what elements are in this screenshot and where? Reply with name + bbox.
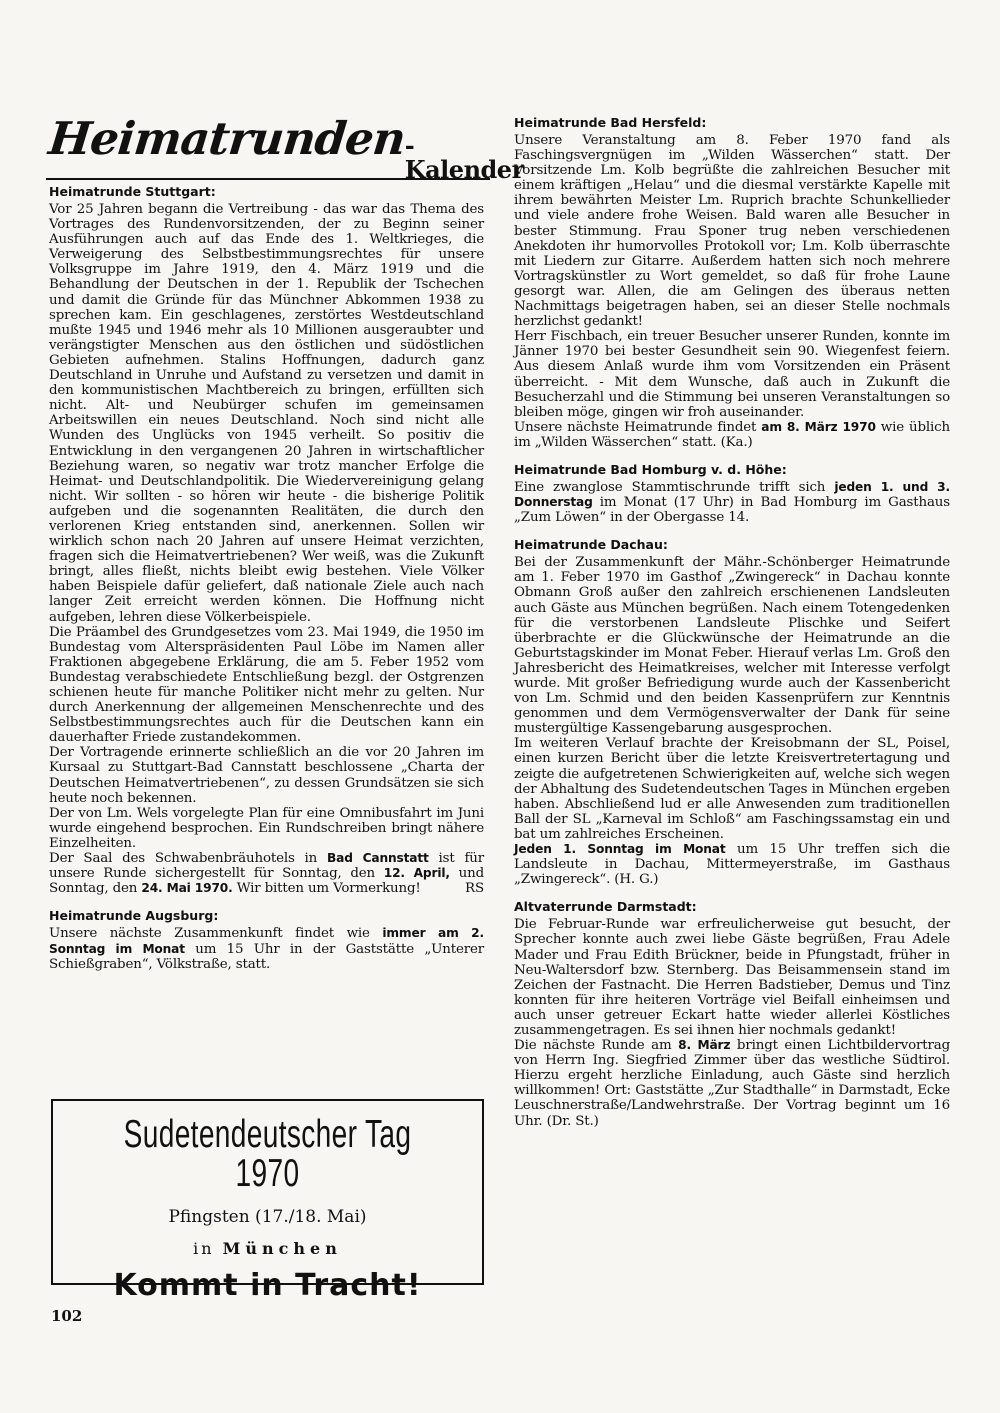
paragraph: Unsere nächste Heimatrunde findet am 8. …	[514, 420, 950, 450]
emphasis-text: am 8. März 1970	[761, 420, 876, 434]
paragraph: Die nächste Runde am 8. März bringt eine…	[514, 1038, 950, 1129]
text-run: Unsere nächste Zusammenkunft findet wie	[49, 926, 382, 941]
emphasis-text: 24. Mai 1970.	[141, 881, 232, 895]
advert-place-city: München	[223, 1239, 342, 1258]
emphasis-text: Bad Cannstatt	[327, 851, 429, 865]
section-heading: Heimatrunde Dachau:	[514, 537, 950, 553]
right-column: Heimatrunde Bad Hersfeld: Unsere Veranst…	[514, 115, 950, 1129]
text-run: Die nächste Runde am	[514, 1038, 678, 1053]
paragraph: Im weiteren Verlauf brachte der Kreisobm…	[514, 736, 950, 842]
spacer	[49, 896, 484, 908]
article-body: Unsere nächste Zusammenkunft findet wie …	[49, 926, 484, 971]
text-run: Unsere nächste Heimatrunde findet	[514, 420, 761, 435]
article-body: Vor 25 Jahren begann die Vertreibung - d…	[49, 202, 484, 896]
section-augsburg: Heimatrunde Augsburg: Unsere nächste Zus…	[49, 908, 484, 971]
section-dachau: Heimatrunde Dachau: Bei der Zusammenkunf…	[514, 537, 950, 887]
section-heading: Heimatrunde Stuttgart:	[49, 184, 484, 200]
advert-date: Pfingsten (17./18. Mai)	[53, 1207, 482, 1227]
emphasis-text: Jeden 1. Sonntag im Monat	[514, 842, 726, 856]
text-run: Wir bitten um Vormerkung!	[233, 881, 421, 896]
masthead-title-script: Heimatrunden	[47, 116, 407, 161]
advert-place: in München	[53, 1239, 482, 1258]
paragraph: Die Februar-Runde war erfreulicherweise …	[514, 917, 950, 1038]
article-body: Unsere Veranstaltung am 8. Feber 1970 fa…	[514, 133, 950, 450]
masthead-title-plain: -Kalender	[405, 134, 524, 182]
spacer	[514, 450, 950, 462]
paragraph: Der von Lm. Wels vorgelegte Plan für ein…	[49, 806, 484, 851]
section-bad-homburg: Heimatrunde Bad Homburg v. d. Höhe: Eine…	[514, 462, 950, 525]
section-darmstadt: Altvaterrunde Darmstadt: Die Februar-Run…	[514, 899, 950, 1128]
spacer	[514, 525, 950, 537]
paragraph: Unsere Veranstaltung am 8. Feber 1970 fa…	[514, 133, 950, 329]
advert-slogan: Kommt in Tracht!	[53, 1268, 482, 1303]
text-run: Der Saal des Schwabenbräuhotels in	[49, 851, 327, 866]
spacer	[514, 887, 950, 899]
page-number: 102	[51, 1307, 82, 1325]
section-heading: Altvaterrunde Darmstadt:	[514, 899, 950, 915]
article-body: Bei der Zusammenkunft der Mähr.-Schönber…	[514, 555, 950, 887]
emphasis-text: 12. April,	[384, 866, 450, 880]
paragraph: Unsere nächste Zusammenkunft findet wie …	[49, 926, 484, 971]
paragraph: Jeden 1. Sonntag im Monat um 15 Uhr tref…	[514, 842, 950, 887]
left-column: Heimatrunden -Kalender Heimatrunde Stutt…	[49, 110, 484, 972]
paragraph: Bei der Zusammenkunft der Mähr.-Schönber…	[514, 555, 950, 736]
section-heading: Heimatrunde Bad Hersfeld:	[514, 115, 950, 131]
advert-title: Sudetendeutscher Tag 1970	[113, 1115, 422, 1193]
paragraph: Eine zwanglose Stammtischrunde trifft si…	[514, 480, 950, 525]
section-bad-hersfeld: Heimatrunde Bad Hersfeld: Unsere Veranst…	[514, 115, 950, 450]
section-heading: Heimatrunde Augsburg:	[49, 908, 484, 924]
article-body: Eine zwanglose Stammtischrunde trifft si…	[514, 480, 950, 525]
section-stuttgart: Heimatrunde Stuttgart: Vor 25 Jahren beg…	[49, 184, 484, 896]
section-heading: Heimatrunde Bad Homburg v. d. Höhe:	[514, 462, 950, 478]
advertisement-box: Sudetendeutscher Tag 1970 Pfingsten (17.…	[51, 1099, 484, 1285]
paragraph: Herr Fischbach, ein treuer Besucher unse…	[514, 329, 950, 420]
paragraph: Der Vortragende erinnerte schließlich an…	[49, 745, 484, 805]
masthead: Heimatrunden -Kalender	[49, 110, 484, 178]
paragraph: Vor 25 Jahren begann die Vertreibung - d…	[49, 202, 484, 625]
text-run: Eine zwanglose Stammtischrunde trifft si…	[514, 480, 834, 495]
paragraph: Die Präambel des Grundgesetzes vom 23. M…	[49, 625, 484, 746]
newspaper-page: Heimatrunden -Kalender Heimatrunde Stutt…	[0, 0, 1000, 1413]
article-body: Die Februar-Runde war erfreulicherweise …	[514, 917, 950, 1128]
paragraph: Der Saal des Schwabenbräuhotels in Bad C…	[49, 851, 484, 896]
advert-place-prefix: in	[193, 1239, 214, 1258]
emphasis-text: 8. März	[678, 1038, 730, 1052]
